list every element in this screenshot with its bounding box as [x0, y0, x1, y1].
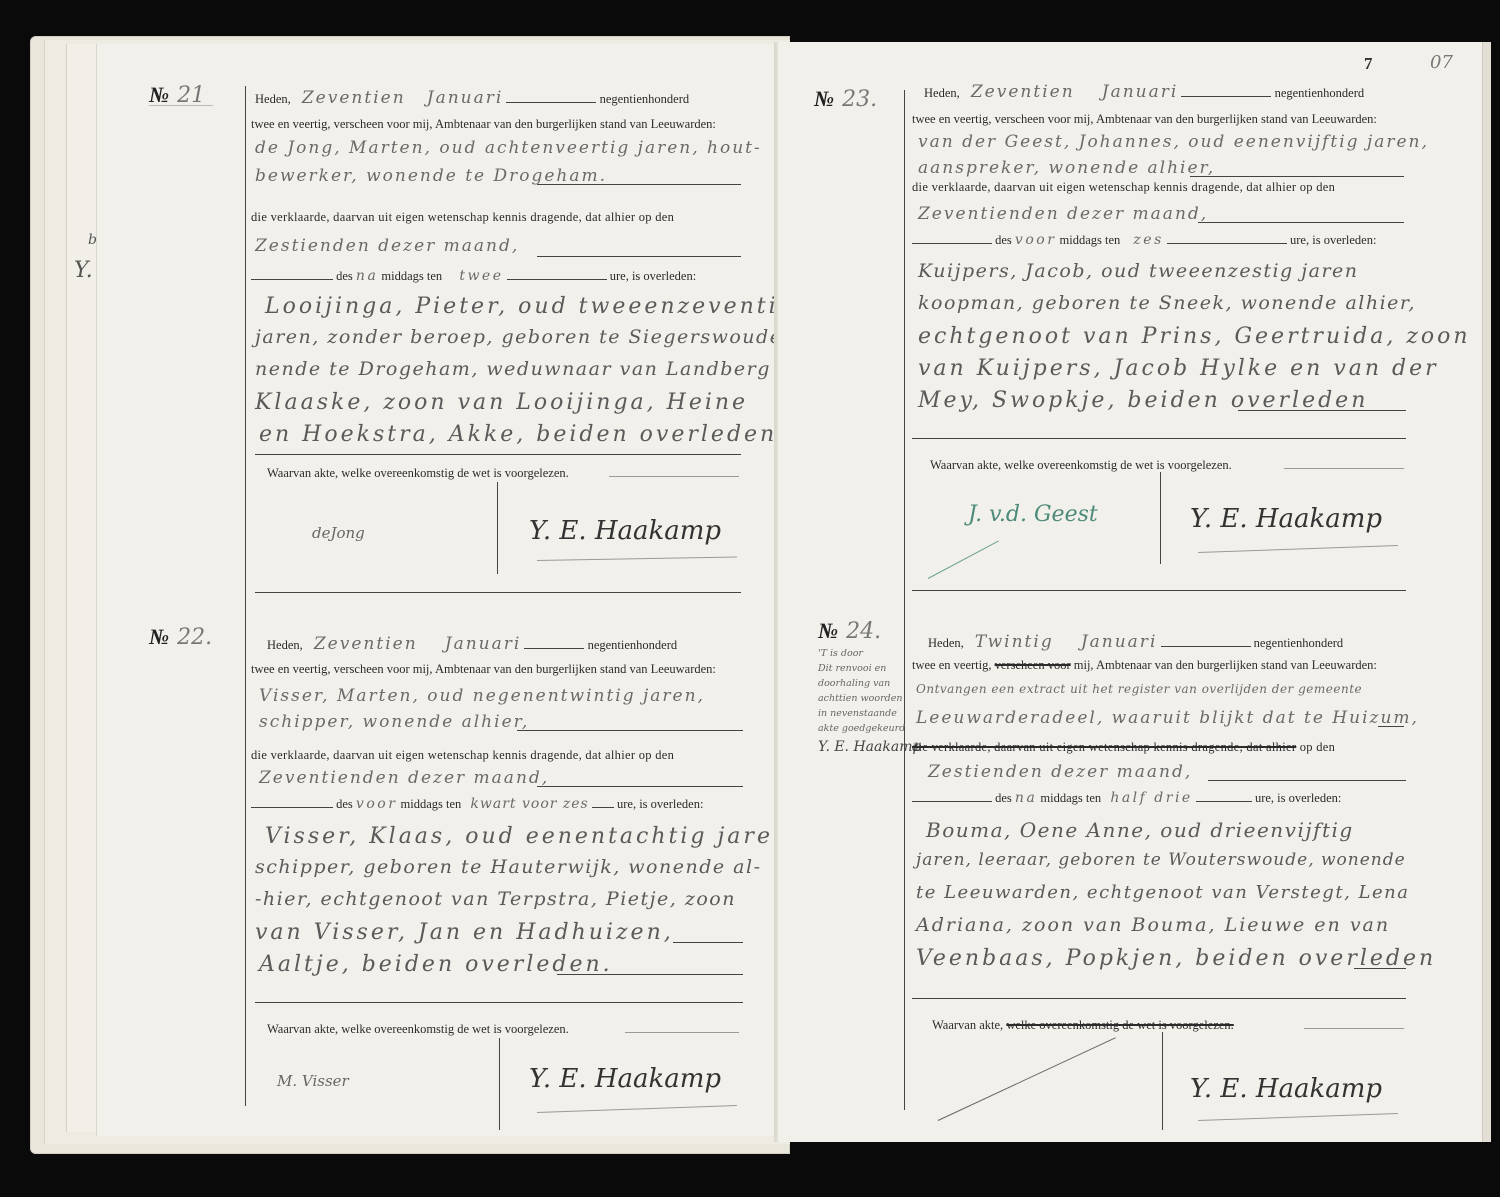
deceased-line: echtgenoot van Prins, Geertruida, zoon: [918, 324, 1471, 349]
declarant-line: van der Geest, Johannes, oud eenenvijfti…: [918, 132, 1429, 152]
deceased-line: en Hoekstra, Akke, beiden overleden: [259, 422, 777, 447]
official-line: twee en veertig, verscheen voor mij, Amb…: [251, 662, 716, 677]
deceased-line: -hier, echtgenoot van Terpstra, Pietje, …: [255, 888, 736, 910]
declarant-line: bewerker, wonende te Drogeham.: [255, 166, 607, 186]
deceased-line: Kuijpers, Jacob, oud tweeenzestig jaren: [918, 260, 1359, 282]
entry-number: №23.: [814, 86, 877, 112]
time-line: des na middags ten twee ure, is overlede…: [251, 268, 696, 284]
declarant-line: de Jong, Marten, oud achtenveertig jaren…: [255, 138, 762, 158]
entry-number: №22.: [149, 624, 212, 650]
deceased-line: nende te Drogeham, weduwnaar van Landber…: [255, 358, 771, 380]
declarant-line: Leeuwarderadeel, waaruit blijkt dat te H…: [916, 708, 1419, 728]
deceased-line: jaren, zonder beroep, geboren te Siegers…: [255, 326, 836, 348]
entry-22: №22. Heden, Zeventien Januari negentienh…: [97, 602, 781, 1122]
declaration-line: die verklaarde, daarvan uit eigen wetens…: [251, 210, 674, 225]
official-signature: Y. E. Haakamp: [529, 1064, 721, 1094]
left-page: №21 Heden, Zeventien Januari negentienho…: [96, 44, 781, 1136]
entry-number: №24.: [818, 618, 881, 644]
official-line: twee en veertig, verscheen voor mij, Amb…: [251, 117, 716, 132]
entry-21: №21 Heden, Zeventien Januari negentienho…: [97, 44, 781, 604]
declaration-line: die verklaarde, daarvan uit eigen wetens…: [251, 748, 674, 763]
declarant-signature: J. v.d. Geest: [968, 502, 1098, 527]
declarant-cancel-stroke: [938, 1037, 1116, 1121]
date-line: Heden, Twintig Januari negentienhonderd: [928, 632, 1343, 652]
deceased-line: Klaaske, zoon van Looijinga, Heine: [255, 390, 748, 415]
deceased-line: Looijinga, Pieter, oud tweeenzeventig: [265, 294, 796, 319]
time-line: des voor middags ten kwart voor zes ure,…: [251, 796, 703, 812]
deceased-line: schipper, geboren te Hauterwijk, wonende…: [255, 856, 762, 878]
margin-note: 'T is door Dit renvooi en doorhaling van…: [818, 646, 921, 755]
declarant-signature: deJong: [312, 524, 365, 542]
death-day: Zestienden dezer maand,: [928, 762, 1192, 782]
deceased-line: jaren, leeraar, geboren te Wouterswoude,…: [916, 850, 1406, 870]
official-line: twee en veertig, verscheen voor mij, Amb…: [912, 112, 1377, 127]
closing-line: Waarvan akte, welke overeenkomstig de we…: [930, 458, 1232, 473]
date-line: Heden, Zeventien Januari negentienhonder…: [267, 634, 677, 654]
declarant-line: aanspreker, wonende alhier,: [918, 158, 1215, 178]
deceased-line: van Kuijpers, Jacob Hylke en van der: [918, 356, 1439, 381]
deceased-line: Adriana, zoon van Bouma, Lieuwe en van: [916, 914, 1390, 936]
declarant-line: Visser, Marten, oud negenentwintig jaren…: [259, 686, 705, 706]
deceased-line: te Leeuwarden, echtgenoot van Verstegt, …: [916, 882, 1409, 903]
official-line: twee en veertig, verscheen voor mij, Amb…: [912, 658, 1377, 673]
death-day: Zeventienden dezer maand,: [918, 204, 1208, 224]
death-day: Zeventienden dezer maand,: [259, 768, 549, 788]
closing-line: Waarvan akte, welke overeenkomstig de we…: [932, 1018, 1234, 1033]
deceased-line: koopman, geboren te Sneek, wonende alhie…: [918, 292, 1416, 314]
right-page: 7 07 №23. Heden, Zeventien Januari negen…: [778, 42, 1482, 1142]
entry-number: №21: [149, 82, 205, 108]
entry-23: №23. Heden, Zeventien Januari negentienh…: [778, 42, 1482, 602]
declaration-line: die verklaarde, daarvan uit eigen wetens…: [912, 740, 1335, 755]
deceased-line: Bouma, Oene Anne, oud drieenvijftig: [926, 818, 1354, 842]
declarant-signature: M. Visser: [277, 1072, 349, 1090]
date-line: Heden, Zeventien Januari negentienhonder…: [255, 88, 689, 108]
date-line: Heden, Zeventien Januari negentienhonder…: [924, 82, 1364, 102]
page-edge: [1482, 42, 1491, 1142]
declaration-line: die verklaarde, daarvan uit eigen wetens…: [912, 180, 1335, 195]
official-signature: Y. E. Haakamp: [529, 516, 721, 546]
deceased-line: van Visser, Jan en Hadhuizen,: [255, 920, 674, 945]
closing-line: Waarvan akte, welke overeenkomstig de we…: [267, 1022, 569, 1037]
official-signature: Y. E. Haakamp: [1190, 1074, 1382, 1104]
register-book: b Y. №21 Heden, Zeventien Januari negent…: [30, 36, 1488, 1154]
death-day: Zestienden dezer maand,: [255, 236, 519, 256]
margin-fragment: Y.: [74, 258, 93, 283]
closing-line: Waarvan akte, welke overeenkomstig de we…: [267, 466, 569, 481]
time-line: des voor middags ten zes ure, is overled…: [912, 232, 1376, 248]
time-line: des na middags ten half drie ure, is ove…: [912, 790, 1341, 806]
entry-24: №24. 'T is door Dit renvooi en doorhalin…: [778, 598, 1482, 1138]
declarant-line: Ontvangen een extract uit het register v…: [916, 682, 1362, 696]
official-signature: Y. E. Haakamp: [1190, 504, 1382, 534]
declarant-line: schipper, wonende alhier,: [259, 712, 529, 732]
deceased-line: Visser, Klaas, oud eenentachtig jaren: [265, 824, 790, 849]
